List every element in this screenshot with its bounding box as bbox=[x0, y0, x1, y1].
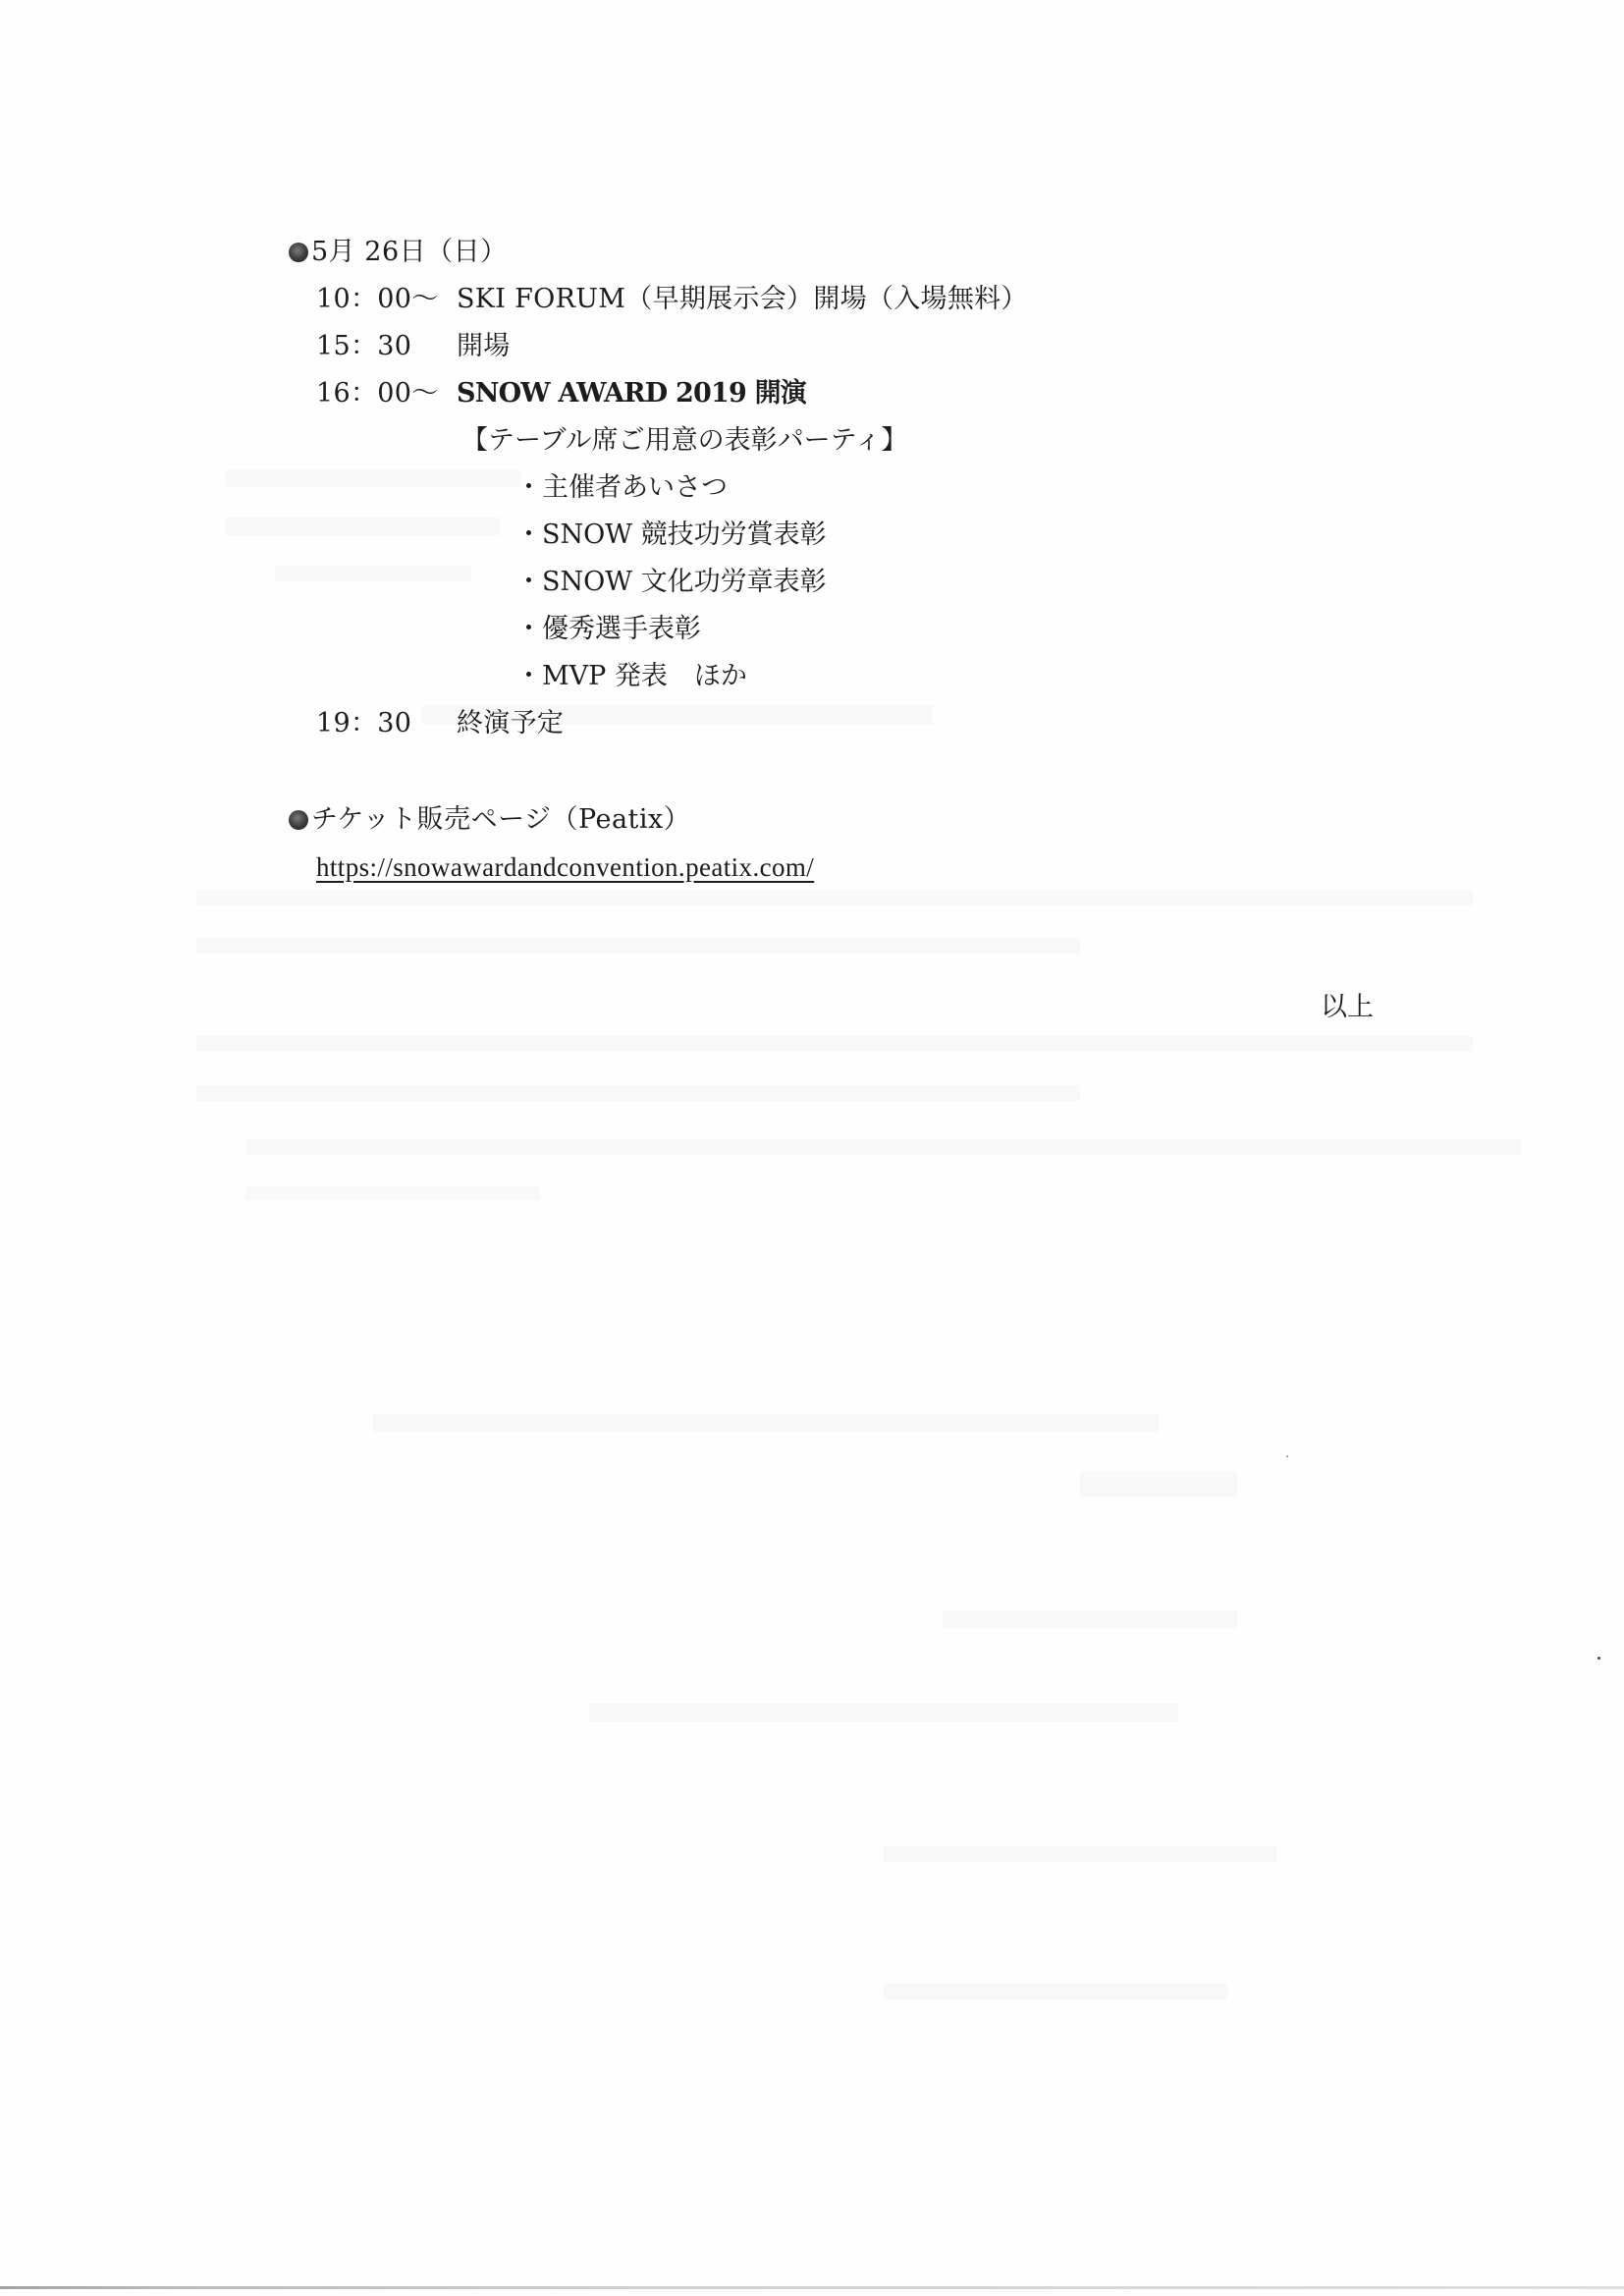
schedule-time: 16：00～ bbox=[316, 377, 454, 410]
bleed-through-mark bbox=[275, 566, 471, 581]
bleed-through-mark bbox=[226, 518, 501, 535]
program-item: ・SNOW 文化功労章表彰 bbox=[515, 566, 827, 599]
schedule-time: 19：30 bbox=[316, 707, 454, 740]
schedule-description: 終演予定 bbox=[457, 707, 564, 740]
tickets-heading: チケット販売ページ（Peatix） bbox=[289, 803, 690, 837]
scan-speck bbox=[1286, 1455, 1288, 1457]
event-day-heading: 5月 26日（日） bbox=[289, 236, 508, 269]
event-day-date: 5月 26日（日） bbox=[311, 236, 508, 269]
tickets-heading-label: チケット販売ページ（Peatix） bbox=[311, 803, 690, 837]
schedule-time: 10：00～ bbox=[316, 283, 454, 316]
bleed-through-mark bbox=[196, 1085, 1080, 1101]
scan-edge-line bbox=[0, 2286, 1624, 2289]
program-title: 【テーブル席ご用意の表彰パーティ】 bbox=[461, 424, 907, 458]
program-item: ・SNOW 競技功労賞表彰 bbox=[515, 519, 827, 552]
schedule-description: SKI FORUM（早期展示会）開場（入場無料） bbox=[457, 283, 1028, 316]
bleed-through-mark bbox=[589, 1704, 1178, 1722]
closing-text: 以上 bbox=[1321, 991, 1374, 1024]
bleed-through-mark bbox=[245, 1186, 540, 1200]
schedule-time: 15：30 bbox=[316, 330, 454, 363]
schedule-description: 開場 bbox=[457, 330, 511, 363]
bleed-through-mark bbox=[373, 1414, 1159, 1432]
ticket-url-link[interactable]: https://snowawardandconvention.peatix.co… bbox=[316, 850, 814, 884]
bleed-through-mark bbox=[196, 938, 1080, 954]
bleed-through-mark bbox=[245, 1139, 1522, 1155]
bleed-through-mark bbox=[884, 1984, 1227, 1999]
program-item: ・優秀選手表彰 bbox=[515, 613, 701, 646]
bleed-through-mark bbox=[196, 1036, 1473, 1052]
program-item: ・主催者あいさつ bbox=[515, 471, 728, 505]
schedule-description-main-event: SNOW AWARD 2019 開演 bbox=[457, 377, 806, 410]
bullet-dot-icon bbox=[289, 243, 308, 262]
bleed-through-mark bbox=[196, 890, 1473, 905]
scanned-page: 5月 26日（日） 10：00～ SKI FORUM（早期展示会）開場（入場無料… bbox=[0, 0, 1624, 2296]
bullet-dot-icon bbox=[289, 810, 308, 830]
bleed-through-mark bbox=[943, 1611, 1237, 1628]
program-item: ・MVP 発表 ほか bbox=[515, 660, 747, 693]
bleed-through-mark bbox=[226, 469, 520, 487]
bleed-through-mark bbox=[1080, 1471, 1237, 1497]
bleed-through-mark bbox=[884, 1846, 1276, 1862]
scan-speck bbox=[1597, 1657, 1600, 1660]
